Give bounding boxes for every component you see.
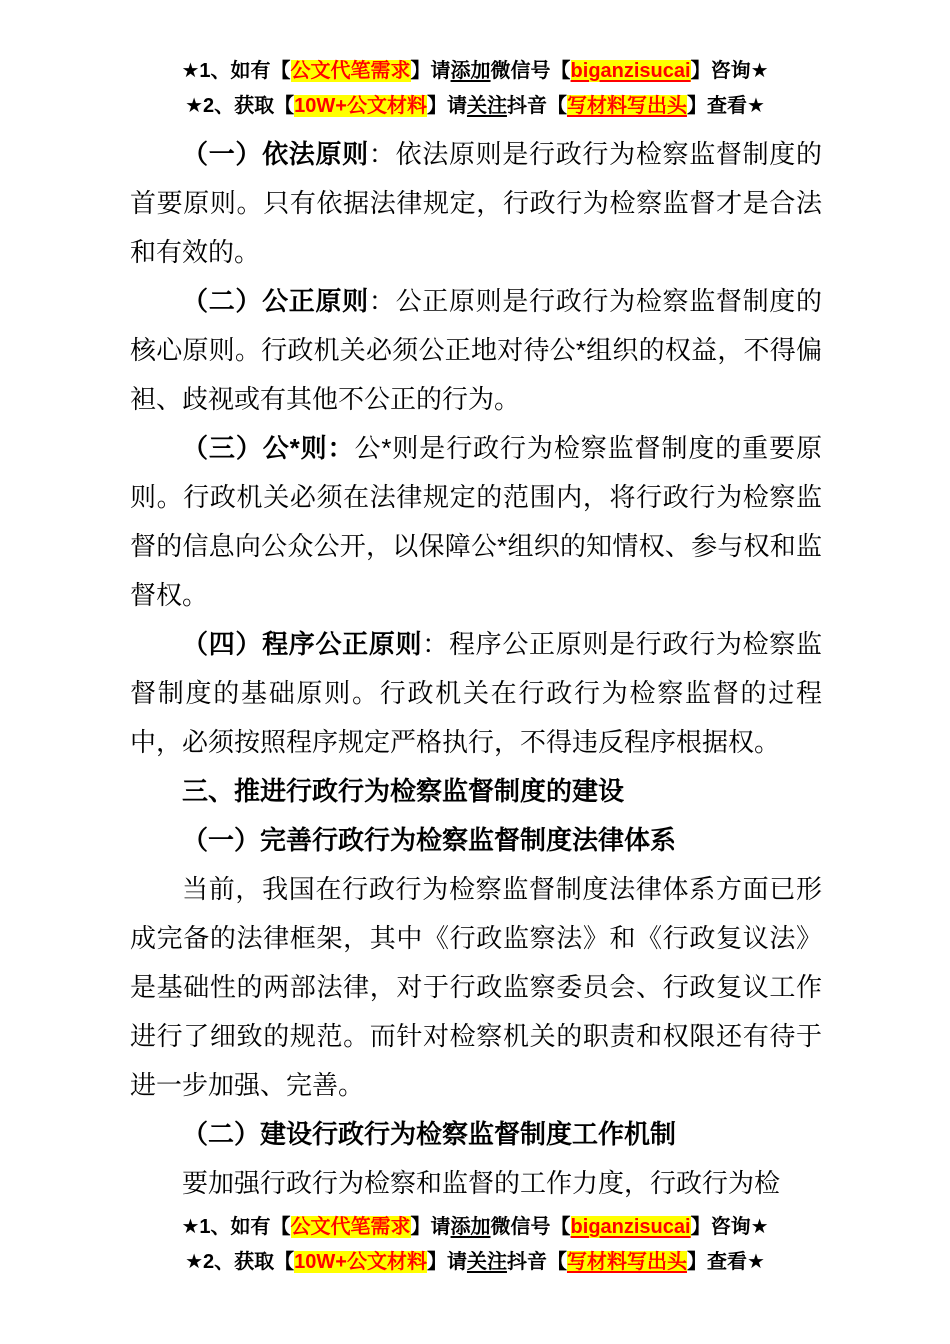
header-ad-banner: ★1、如有【公文代笔需求】请添加微信号【biganzisucai】咨询★ ★2、…	[0, 54, 950, 124]
text-segment: （四）程序公正原则	[182, 629, 422, 659]
text-segment: 公文代笔需求	[291, 60, 411, 82]
text-segment: 】请	[411, 1216, 451, 1238]
text-segment: （二）建设行政行为检察监督制度工作机制	[182, 1119, 676, 1149]
text-segment: ★1、如有【	[181, 60, 290, 82]
text-segment: 关注	[467, 1251, 507, 1273]
text-segment: 添加	[451, 60, 491, 82]
text-segment: 】咨询★	[691, 60, 769, 82]
text-segment: 抖音【	[507, 1251, 567, 1273]
body-paragraph: （三）公*则：公*则是行政行为检察监督制度的重要原则。行政机关必须在法律规定的范…	[130, 424, 822, 620]
text-segment: 】咨询★	[691, 1216, 769, 1238]
text-segment: 抖音【	[507, 95, 567, 117]
text-segment: biganzisucai	[571, 60, 691, 82]
text-segment: 】请	[411, 60, 451, 82]
body-paragraph: （一）依法原则：依法原则是行政行为检察监督制度的首要原则。只有依据法律规定，行政…	[130, 130, 822, 277]
text-segment: 10W+公文材料	[294, 95, 427, 117]
text-segment: 添加	[451, 1216, 491, 1238]
body-paragraph: 要加强行政行为检察和监督的工作力度，行政行为检	[130, 1159, 822, 1208]
heading-paragraph: （二）建设行政行为检察监督制度工作机制	[130, 1110, 822, 1159]
footer-ad-banner: ★1、如有【公文代笔需求】请添加微信号【biganzisucai】咨询★ ★2、…	[0, 1210, 950, 1280]
document-body: （一）依法原则：依法原则是行政行为检察监督制度的首要原则。只有依据法律规定，行政…	[130, 130, 822, 1208]
text-segment: ★1、如有【	[181, 1216, 290, 1238]
body-paragraph: 当前，我国在行政行为检察监督制度法律体系方面已形成完备的法律框架，其中《行政监察…	[130, 865, 822, 1110]
text-segment: 】请	[427, 1251, 467, 1273]
body-paragraph: （二）公正原则：公正原则是行政行为检察监督制度的核心原则。行政机关必须公正地对待…	[130, 277, 822, 424]
footer-ad-line-1: ★1、如有【公文代笔需求】请添加微信号【biganzisucai】咨询★	[0, 1210, 950, 1245]
text-segment: 微信号【	[491, 1216, 571, 1238]
text-segment: ★2、获取【	[185, 1251, 294, 1273]
header-ad-line-2: ★2、获取【10W+公文材料】请关注抖音【写材料写出头】查看★	[0, 89, 950, 124]
text-segment: biganzisucai	[571, 1216, 691, 1238]
text-segment: （二）公正原则	[182, 286, 369, 316]
header-ad-line-1: ★1、如有【公文代笔需求】请添加微信号【biganzisucai】咨询★	[0, 54, 950, 89]
text-segment: 关注	[467, 95, 507, 117]
text-segment: 】查看★	[687, 1251, 765, 1273]
text-segment: 】请	[427, 95, 467, 117]
text-segment: 写材料写出头	[567, 95, 687, 117]
text-segment: 三、推进行政行为检察监督制度的建设	[182, 776, 624, 806]
text-segment: （一）完善行政行为检察监督制度法律体系	[182, 825, 676, 855]
heading-paragraph: 三、推进行政行为检察监督制度的建设	[130, 767, 822, 816]
text-segment: 微信号【	[491, 60, 571, 82]
text-segment: 当前，我国在行政行为检察监督制度法律体系方面已形成完备的法律框架，其中《行政监察…	[130, 874, 822, 1100]
text-segment: 要加强行政行为检察和监督的工作力度，行政行为检	[182, 1168, 780, 1198]
text-segment: ★2、获取【	[185, 95, 294, 117]
footer-ad-line-2: ★2、获取【10W+公文材料】请关注抖音【写材料写出头】查看★	[0, 1245, 950, 1280]
text-segment: 】查看★	[687, 95, 765, 117]
text-segment: （一）依法原则	[182, 139, 369, 169]
text-segment: 公文代笔需求	[291, 1216, 411, 1238]
body-paragraph: （四）程序公正原则：程序公正原则是行政行为检察监督制度的基础原则。行政机关在行政…	[130, 620, 822, 767]
heading-paragraph: （一）完善行政行为检察监督制度法律体系	[130, 816, 822, 865]
text-segment: 写材料写出头	[567, 1251, 687, 1273]
text-segment: 10W+公文材料	[294, 1251, 427, 1273]
document-page: ★1、如有【公文代笔需求】请添加微信号【biganzisucai】咨询★ ★2、…	[0, 0, 950, 1344]
text-segment: （三）公*则：	[182, 433, 354, 463]
